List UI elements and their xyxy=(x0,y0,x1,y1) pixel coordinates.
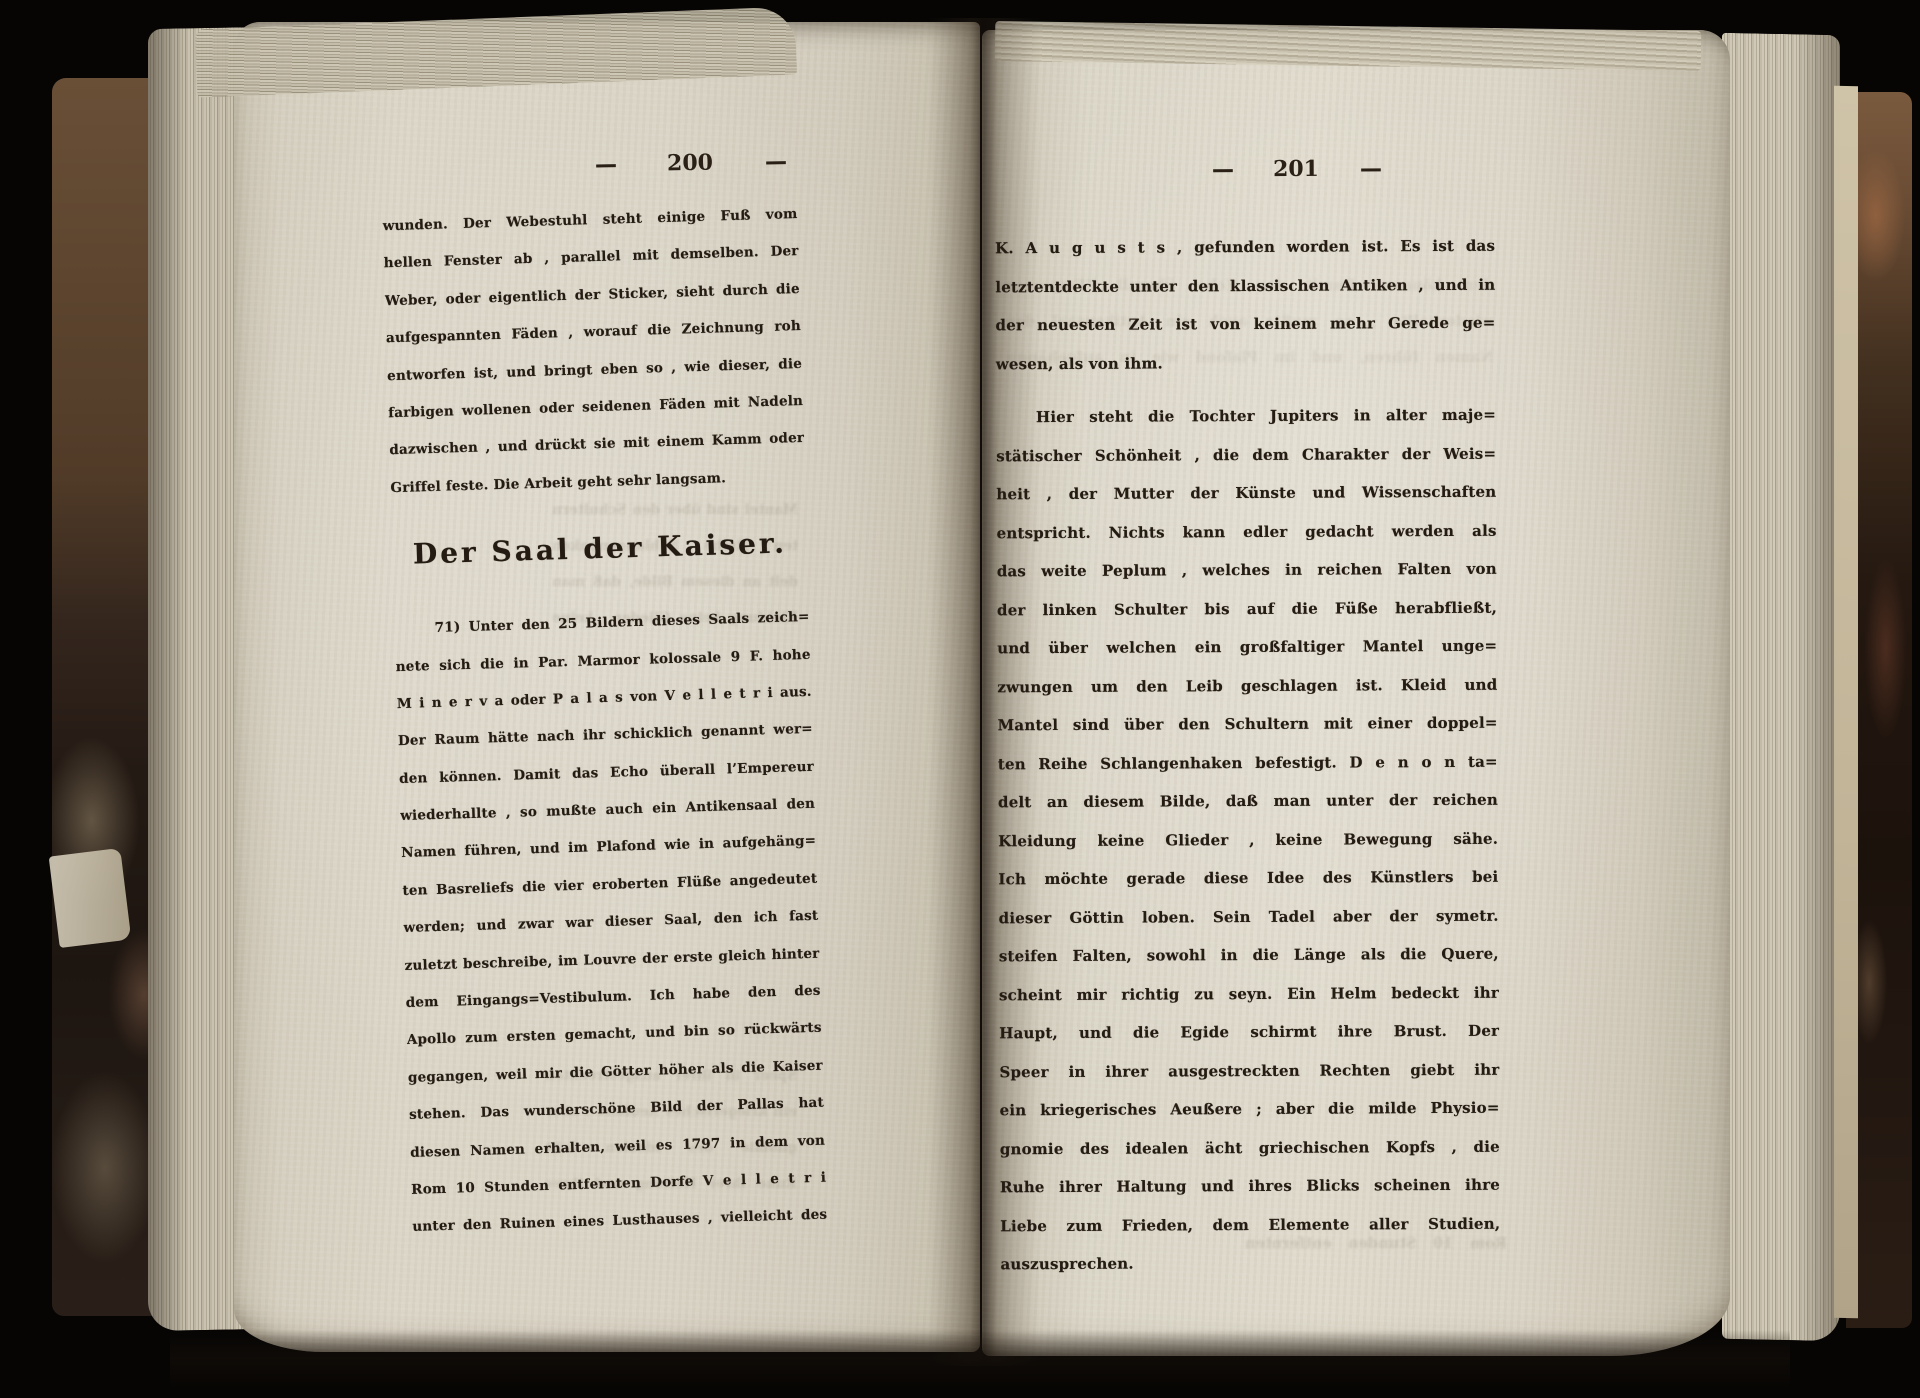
text-line: Haupt, und die Egide schirmt ihre Brust.… xyxy=(999,1012,1499,1053)
header-rule-right: — xyxy=(765,146,786,176)
text-line: gnomie des idealen ächt griechischen Kop… xyxy=(1000,1127,1500,1168)
text-line: Liebe zum Frieden, dem Elemente aller St… xyxy=(1000,1204,1500,1245)
right-endpaper-edge xyxy=(1834,86,1858,1319)
text-line: scheint mir richtig zu seyn. Ein Helm be… xyxy=(999,973,1499,1014)
right-page-header: — 201 — xyxy=(1212,156,1380,183)
text-line: Ich möchte gerade diese Idee des Künstle… xyxy=(998,858,1498,899)
text-line: Mantel sind über den Schultern mit einer… xyxy=(998,704,1498,745)
text-line: Hier steht die Tochter Jupiters in alter… xyxy=(996,396,1496,437)
left-page-header: — 200 — xyxy=(595,148,785,177)
protruding-paper-scrap xyxy=(49,848,132,948)
book-photograph: Mantel sind über den Schultern mit einer… xyxy=(0,0,1920,1398)
right-page-number: 201 xyxy=(1273,156,1319,182)
right-page-text: K. A u g u s t s , gefunden worden ist. … xyxy=(995,227,1501,1284)
text-line: steifen Falten, sowohl in die Länge als … xyxy=(999,935,1499,976)
header-rule-right: — xyxy=(1360,154,1380,184)
section-heading: Der Saal der Kaiser. xyxy=(392,521,808,577)
text-line: das weite Peplum , welches in reichen Fa… xyxy=(997,550,1497,591)
book-bottom-shadow xyxy=(170,1330,1790,1398)
text-line: zwungen um den Leib geschlagen ist. Klei… xyxy=(997,665,1497,706)
text-line: ten Reihe Schlangenhaken befestigt. D e … xyxy=(998,742,1498,783)
header-rule-left: — xyxy=(1212,154,1232,184)
text-line: entspricht. Nichts kann edler gedacht we… xyxy=(996,511,1496,552)
text-line: Speer in ihrer ausgestreckten Rechten gi… xyxy=(999,1050,1499,1091)
left-page-text: wunden. Der Webestuhl steht einige Fuß v… xyxy=(382,196,828,1247)
text-line: Ruhe ihrer Haltung und ihres Blicks sche… xyxy=(1000,1166,1500,1207)
text-line: ein kriegerisches Aeußere ; aber die mil… xyxy=(1000,1089,1500,1130)
text-line: letztentdeckte unter den klassischen Ant… xyxy=(995,265,1495,306)
text-line: stätischer Schönheit , die dem Charakter… xyxy=(996,434,1496,475)
left-page-number: 200 xyxy=(667,150,713,177)
text-line: und über welchen ein großfaltiger Mantel… xyxy=(997,627,1497,668)
text-line: dieser Göttin loben. Sein Tadel aber der… xyxy=(999,896,1499,937)
text-line: K. A u g u s t s , gefunden worden ist. … xyxy=(995,227,1495,268)
text-line: der linken Schulter bis auf die Füße her… xyxy=(997,588,1497,629)
header-rule-left: — xyxy=(595,149,616,179)
text-line: heit , der Mutter der Künste und Wissens… xyxy=(996,473,1496,514)
text-line: auszusprechen. xyxy=(1000,1243,1500,1284)
text-line: der neuesten Zeit ist von keinem mehr Ge… xyxy=(995,304,1495,345)
text-line: delt an diesem Bilde, daß man unter der … xyxy=(998,781,1498,822)
text-line: wesen, als von ihm. xyxy=(996,342,1496,383)
text-line: Kleidung keine Glieder , keine Bewegung … xyxy=(998,819,1498,860)
right-fore-edge-page-stack xyxy=(1722,33,1840,1341)
